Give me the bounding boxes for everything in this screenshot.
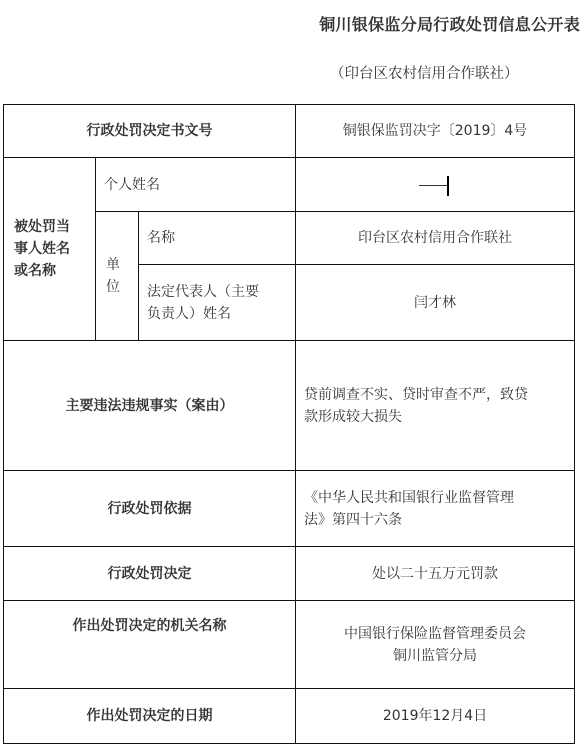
label-penalty-decision: 行政处罚决定: [4, 547, 296, 601]
row-penalty-decision: 行政处罚决定 处以二十五万元罚款: [4, 547, 575, 601]
value-penalty-basis: 《中华人民共和国银行业监督管理 法》第四十六条: [296, 471, 575, 547]
page-title: 铜川银保监分局行政处罚信息公开表: [319, 12, 580, 35]
dash-bar-icon: [419, 176, 451, 194]
row-individual-name: 被处罚当 事人姓名 或名称 个人姓名: [4, 158, 575, 212]
value-authority: 中国银行保险监督管理委员会 铜川监管分局: [296, 601, 575, 689]
value-violation-facts: 贷前调查不实、贷时审查不严，致贷 款形成较大损失: [296, 341, 575, 471]
row-decision-doc-number: 行政处罚决定书文号 铜银保监罚决字〔2019〕4号: [4, 105, 575, 158]
value-unit-name: 印台区农村信用合作联社: [296, 212, 575, 265]
value-penalty-decision: 处以二十五万元罚款: [296, 547, 575, 601]
row-penalty-basis: 行政处罚依据 《中华人民共和国银行业监督管理 法》第四十六条: [4, 471, 575, 547]
label-authority: 作出处罚决定的机关名称: [4, 601, 296, 689]
label-party: 被处罚当 事人姓名 或名称: [4, 158, 96, 341]
label-individual-name: 个人姓名: [96, 158, 296, 212]
row-authority: 作出处罚决定的机关名称 中国银行保险监督管理委员会 铜川监管分局: [4, 601, 575, 689]
value-decision-doc-number: 铜银保监罚决字〔2019〕4号: [296, 105, 575, 158]
value-individual-name: [296, 158, 575, 212]
page-subtitle: （印台区农村信用合作联社）: [330, 62, 519, 83]
label-unit-name: 名称: [139, 212, 296, 265]
row-violation-facts: 主要违法违规事实（案由） 贷前调查不实、贷时审查不严，致贷 款形成较大损失: [4, 341, 575, 471]
label-legal-rep: 法定代表人（主要 负责人）姓名: [139, 265, 296, 341]
label-decision-date: 作出处罚决定的日期: [4, 689, 296, 744]
row-decision-date: 作出处罚决定的日期 2019年12月4日: [4, 689, 575, 744]
value-decision-date: 2019年12月4日: [296, 689, 575, 744]
penalty-info-table: 行政处罚决定书文号 铜银保监罚决字〔2019〕4号 被处罚当 事人姓名 或名称 …: [3, 104, 575, 744]
label-decision-doc-number: 行政处罚决定书文号: [4, 105, 296, 158]
label-unit: 单 位: [96, 212, 139, 341]
value-legal-rep: 闫才林: [296, 265, 575, 341]
label-violation-facts: 主要违法违规事实（案由）: [4, 341, 296, 471]
label-penalty-basis: 行政处罚依据: [4, 471, 296, 547]
